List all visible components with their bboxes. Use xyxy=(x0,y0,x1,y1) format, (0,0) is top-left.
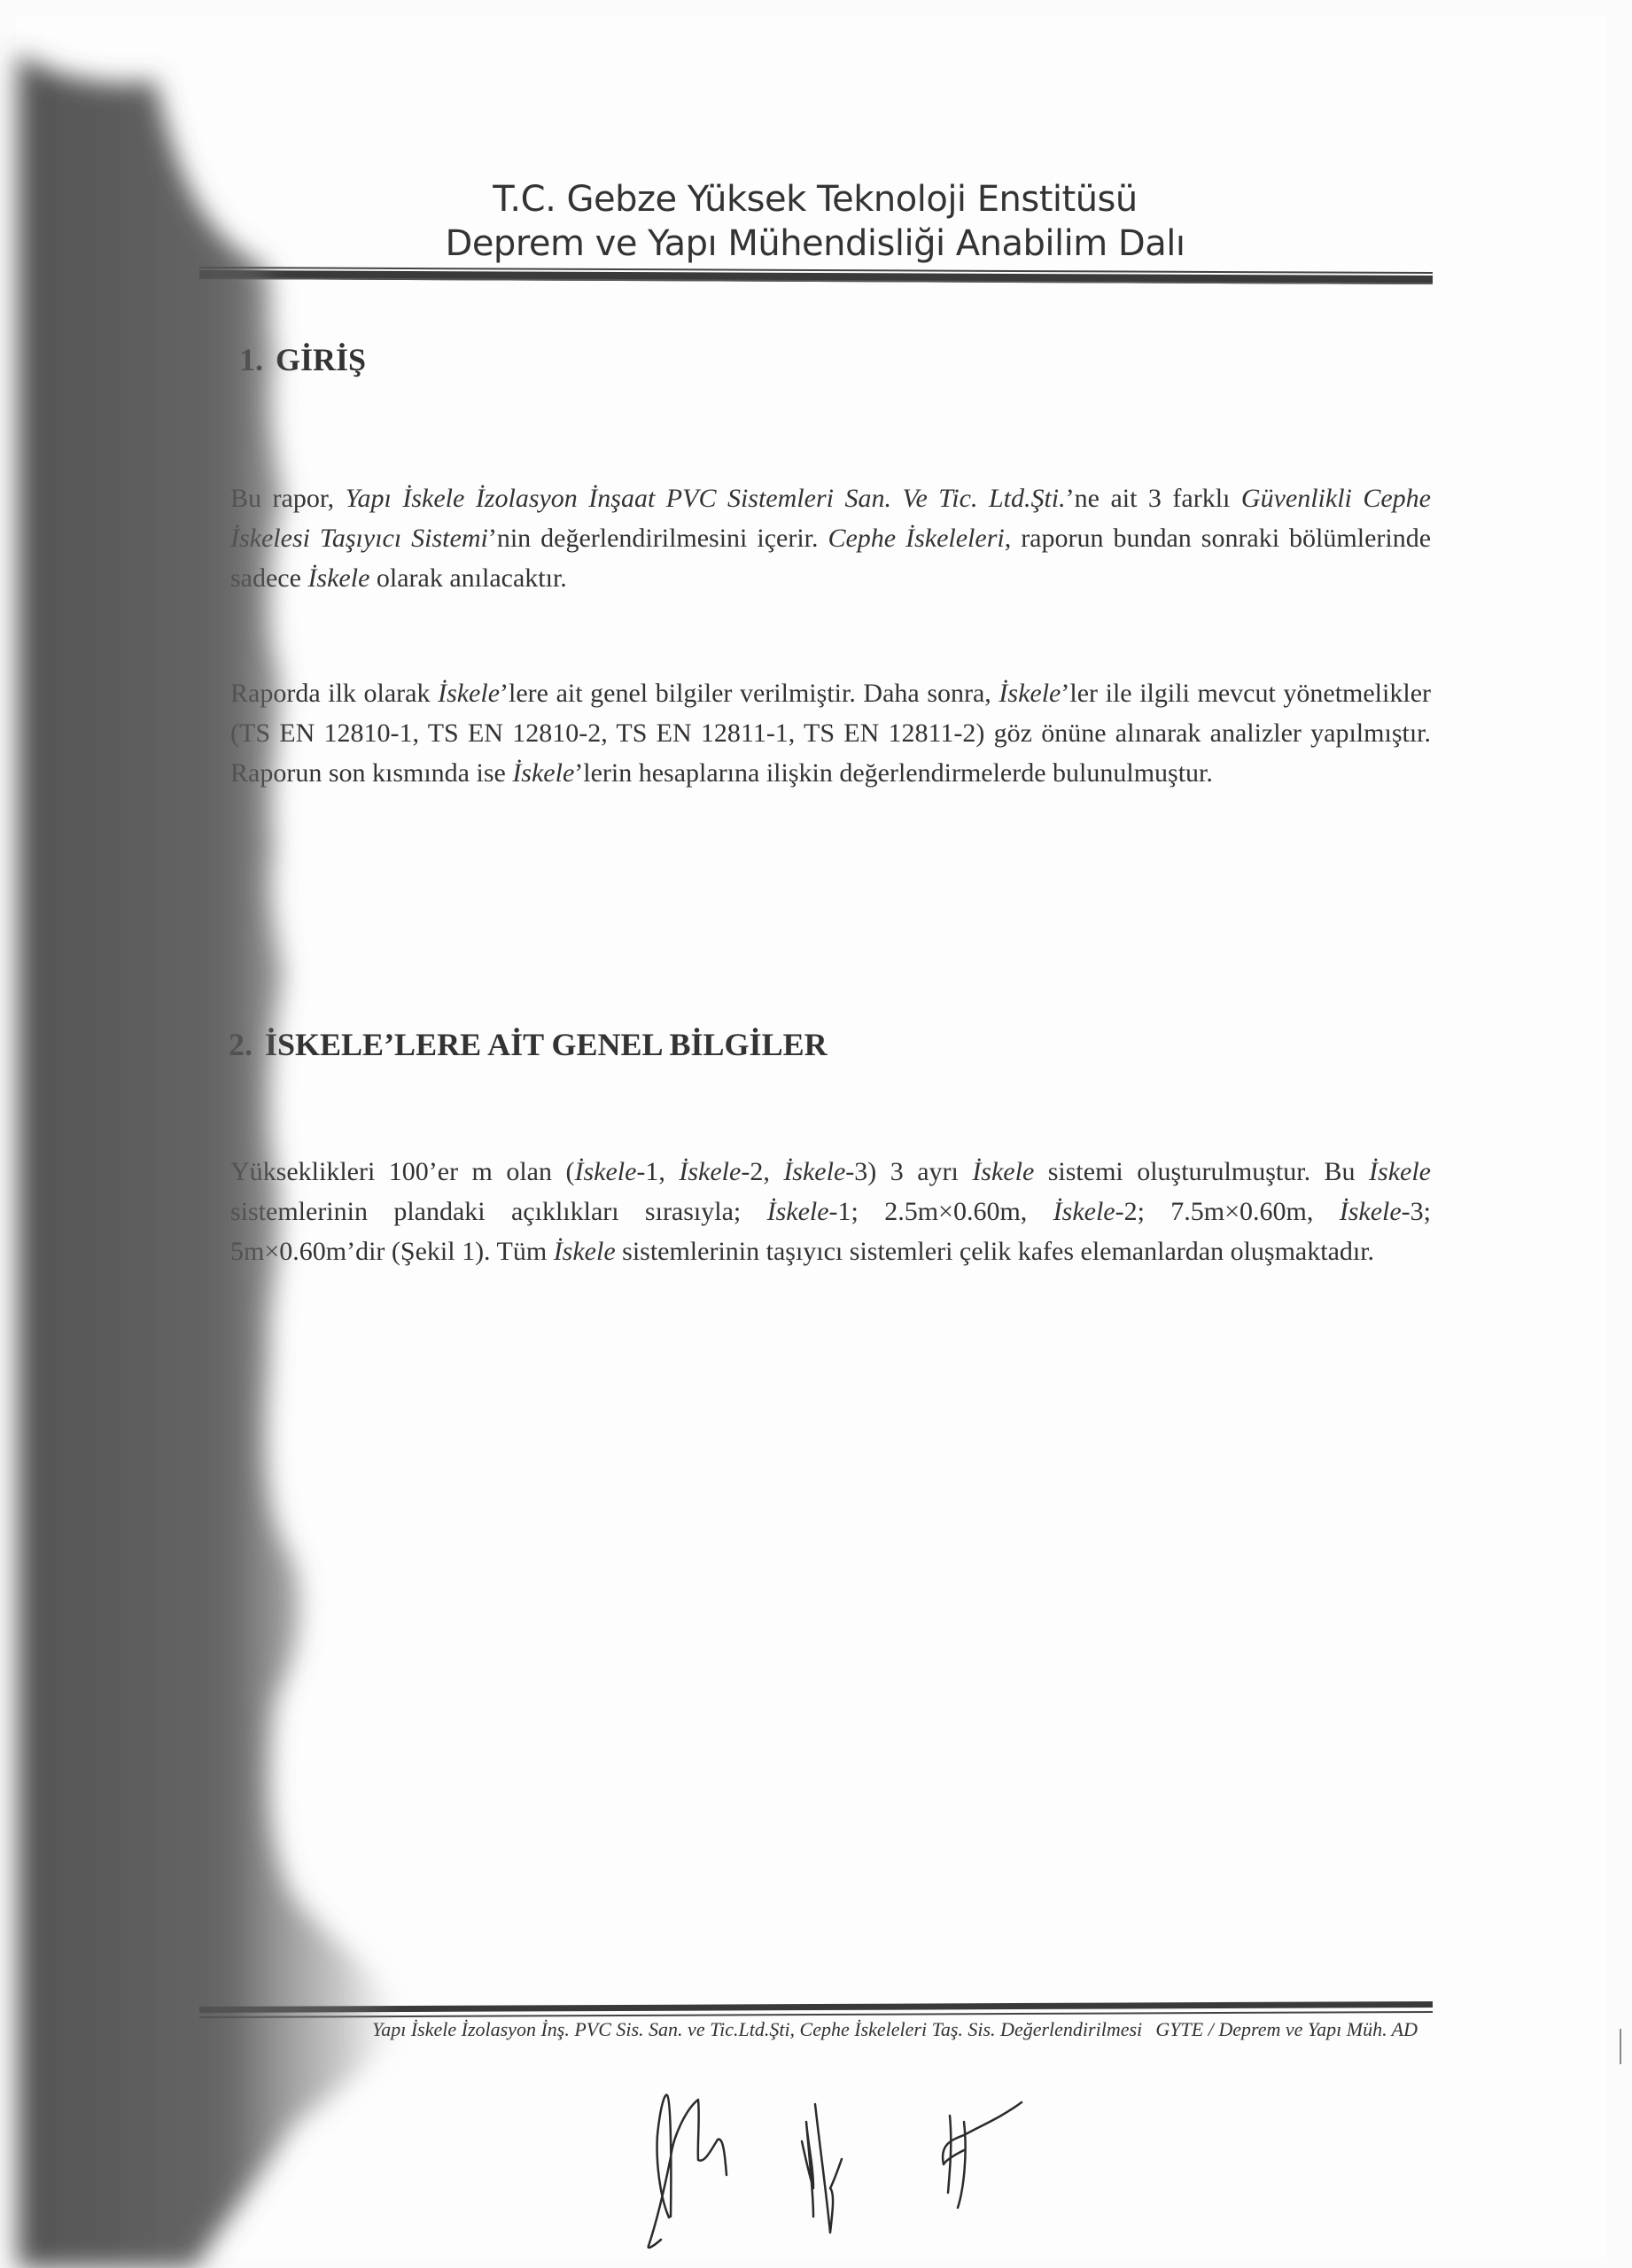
paragraph: Bu rapor, Yapı İskele İzolasyon İnşaat P… xyxy=(230,478,1431,598)
paragraph: Raporda ilk olarak İskele’lere ait genel… xyxy=(230,673,1431,793)
section-title: İSKELE’LERE AİT GENEL BİLGİLER xyxy=(265,1027,828,1062)
footer-left: Yapı İskele İzolasyon İnş. PVC Sis. San.… xyxy=(372,2018,1142,2041)
section-number: 1. xyxy=(239,342,263,377)
footer-right: GYTE / Deprem ve Yapı Müh. AD xyxy=(1155,2018,1418,2041)
signature-1 xyxy=(649,2095,727,2248)
section-number: 2. xyxy=(229,1027,253,1062)
scan-mark xyxy=(1620,2029,1621,2064)
signatures xyxy=(620,2055,1632,2268)
signature-strokes xyxy=(620,2055,1632,2268)
section-heading-1: 1.GİRİŞ xyxy=(239,341,366,378)
institution-name: T.C. Gebze Yüksek Teknoloji Enstitüsü xyxy=(372,177,1258,221)
paragraph: Yükseklikleri 100’er m olan (İskele-1, İ… xyxy=(230,1152,1431,1271)
document-header: T.C. Gebze Yüksek Teknoloji Enstitüsü De… xyxy=(372,177,1258,266)
section-title: GİRİŞ xyxy=(276,342,366,377)
department-name: Deprem ve Yapı Mühendisliği Anabilim Dal… xyxy=(372,221,1258,266)
section-heading-2: 2.İSKELE’LERE AİT GENEL BİLGİLER xyxy=(229,1026,828,1063)
page-footer: Yapı İskele İzolasyon İnş. PVC Sis. San.… xyxy=(372,2018,1418,2041)
signature-3 xyxy=(943,2102,1022,2208)
signature-2 xyxy=(802,2104,842,2233)
